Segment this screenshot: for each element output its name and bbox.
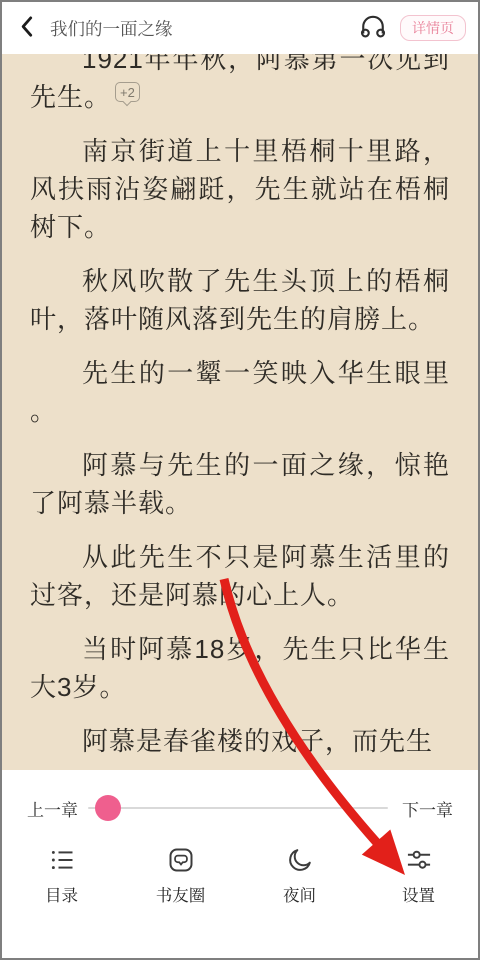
prev-chapter-button[interactable]: 上一章: [27, 796, 78, 821]
listen-button[interactable]: [356, 11, 390, 45]
paragraph: 阿慕与先生的一面之缘，惊艳了阿慕半载。: [30, 446, 450, 522]
next-chapter-button[interactable]: 下一章: [402, 796, 453, 821]
paragraph: 从此先生不只是阿慕生活里的过客，还是阿慕的心上人。: [30, 538, 450, 614]
nav-label: 书友圈: [156, 882, 206, 906]
progress-thumb[interactable]: [95, 795, 121, 821]
reading-area[interactable]: 1921年年秋，阿慕第一次见到先生。+2南京街道上十里梧桐十里路，风扶雨沾姿翩跹…: [2, 54, 478, 770]
nav-item-moon[interactable]: 夜间: [240, 846, 359, 906]
chapter-slider-row: 上一章 下一章: [2, 770, 478, 822]
paragraph: 1921年年秋，阿慕第一次见到先生。+2: [30, 54, 450, 116]
reading-content: 1921年年秋，阿慕第一次见到先生。+2南京街道上十里梧桐十里路，风扶雨沾姿翩跹…: [30, 54, 450, 760]
paragraph: 先生的一颦一笑映入华生眼里。: [30, 354, 450, 430]
book-title: 我们的一面之缘: [50, 16, 173, 41]
settings-sliders-icon: [405, 846, 433, 874]
paragraph: 当时阿慕18岁，先生只比华生大3岁。: [30, 630, 450, 706]
progress-slider[interactable]: [88, 794, 388, 822]
headphones-icon: [358, 11, 388, 46]
chat-circle-icon: [167, 846, 195, 874]
reader-app-page: 我们的一面之缘 详情页 1921年年秋，阿慕第一次见到先生。+2南京街道上十里梧…: [0, 0, 480, 960]
nav-label: 设置: [402, 882, 435, 906]
paragraph: 南京街道上十里梧桐十里路，风扶雨沾姿翩跹，先生就站在梧桐树下。: [30, 132, 450, 246]
paragraph: 阿慕是春雀楼的戏子，而先生: [30, 722, 450, 760]
list-icon: [48, 846, 76, 874]
back-icon: [15, 13, 41, 44]
back-button[interactable]: [14, 12, 42, 44]
reader-controls-panel: 上一章 下一章 目录书友圈夜间设置: [2, 770, 478, 958]
nav-item-chat-circle[interactable]: 书友圈: [121, 846, 240, 906]
nav-item-list[interactable]: 目录: [2, 846, 121, 906]
nav-item-settings-sliders[interactable]: 设置: [359, 846, 478, 906]
nav-label: 目录: [45, 882, 78, 906]
moon-icon: [286, 846, 314, 874]
top-bar: 我们的一面之缘 详情页: [2, 2, 478, 54]
detail-page-button[interactable]: 详情页: [400, 15, 466, 41]
bottom-nav: 目录书友圈夜间设置: [2, 846, 478, 906]
comment-count-badge[interactable]: +2: [115, 82, 140, 102]
paragraph: 秋风吹散了先生头顶上的梧桐叶，落叶随风落到先生的肩膀上。: [30, 262, 450, 338]
nav-label: 夜间: [283, 882, 316, 906]
progress-track: [88, 807, 388, 809]
